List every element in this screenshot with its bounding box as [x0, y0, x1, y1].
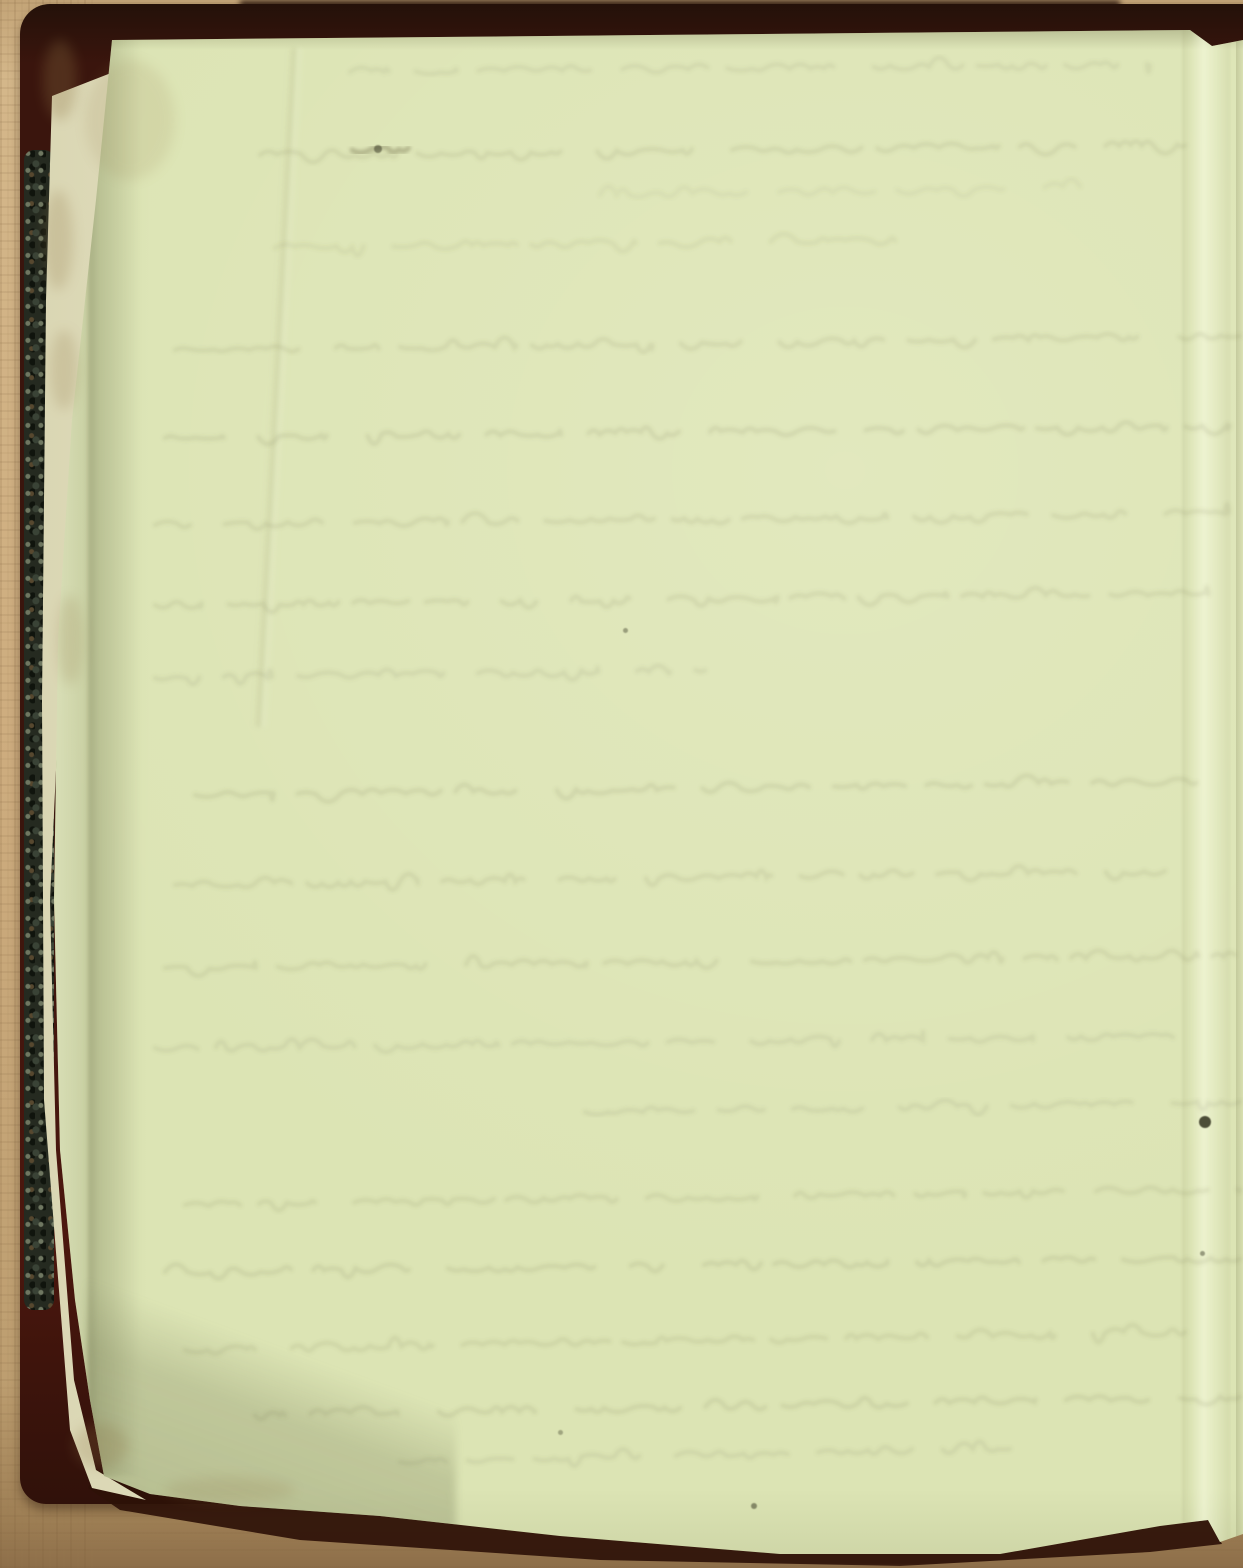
- ink-bleed-line: [275, 234, 895, 255]
- ink-bleed-line: [155, 666, 705, 685]
- ink-speck: [623, 628, 628, 633]
- ink-bleed-line: [600, 179, 1080, 197]
- notebook-page: [0, 0, 1243, 1568]
- ink-bleed-line: [155, 587, 1208, 612]
- right-edge-crease: [1236, 40, 1243, 1540]
- age-stain: [165, 1477, 295, 1503]
- ink-speck: [1200, 1251, 1205, 1256]
- age-stain: [50, 330, 78, 410]
- age-stain: [43, 190, 73, 290]
- ink-bleed-line: [195, 775, 1196, 801]
- age-stain: [57, 595, 83, 685]
- ink-bleed-line: [585, 1100, 1240, 1114]
- ink-bleed-line: [155, 1032, 1173, 1052]
- ink-bleed-line: [155, 504, 1229, 529]
- ink-bleed-line: [350, 58, 1150, 74]
- ink-speck: [1199, 1116, 1211, 1128]
- ink-bleed-line: [175, 866, 1165, 890]
- ink-bleed-line: [185, 1187, 1240, 1210]
- ink-speck: [558, 1430, 563, 1435]
- ink-speck: [751, 1503, 757, 1509]
- right-fold-highlight: [1182, 28, 1230, 1548]
- ink-speck: [374, 145, 382, 153]
- ink-bleed-line: [165, 422, 1230, 444]
- age-stain: [43, 40, 77, 120]
- ink-bleed-line: [165, 950, 1235, 976]
- ink-bleed-line: [400, 1441, 1010, 1466]
- ink-bleed-line: [175, 334, 1240, 352]
- ink-bleed-line: [260, 141, 1185, 162]
- photo-open-notebook: [0, 0, 1243, 1568]
- age-stain: [73, 1423, 128, 1468]
- age-stain: [85, 60, 175, 180]
- sheet-edge-crease: [252, 48, 304, 728]
